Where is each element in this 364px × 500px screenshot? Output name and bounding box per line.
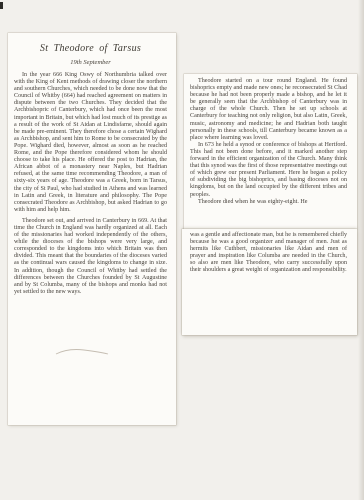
right-top-paragraph-2: In 673 he held a synod or conference of … xyxy=(190,142,347,199)
clipping-date: 19th September xyxy=(14,59,167,66)
left-paragraph-1: In the year 666 King Oswy of Northumbria… xyxy=(14,72,167,214)
right-clipping-bottom: was a gentle and affectionate man, but h… xyxy=(182,229,357,335)
clipping-title: St Theodore of Tarsus xyxy=(14,43,167,55)
left-paragraph-2: Theodore set out, and arrived in Canterb… xyxy=(14,218,167,296)
scan-corner-mark xyxy=(0,2,3,9)
right-bottom-paragraph-1: was a gentle and affectionate man, but h… xyxy=(190,232,347,275)
right-top-paragraph-1: Theodore started on a tour round England… xyxy=(190,78,347,142)
scrapbook-page: St Theodore of Tarsus 19th September In … xyxy=(0,0,364,500)
page-edge-shadow xyxy=(358,0,364,500)
right-clipping-top: Theodore started on a tour round England… xyxy=(184,74,357,229)
right-top-paragraph-3: Theodore died when he was eighty-eight. … xyxy=(190,199,347,206)
left-clipping: St Theodore of Tarsus 19th September In … xyxy=(8,33,176,425)
pencil-mark xyxy=(54,346,110,358)
